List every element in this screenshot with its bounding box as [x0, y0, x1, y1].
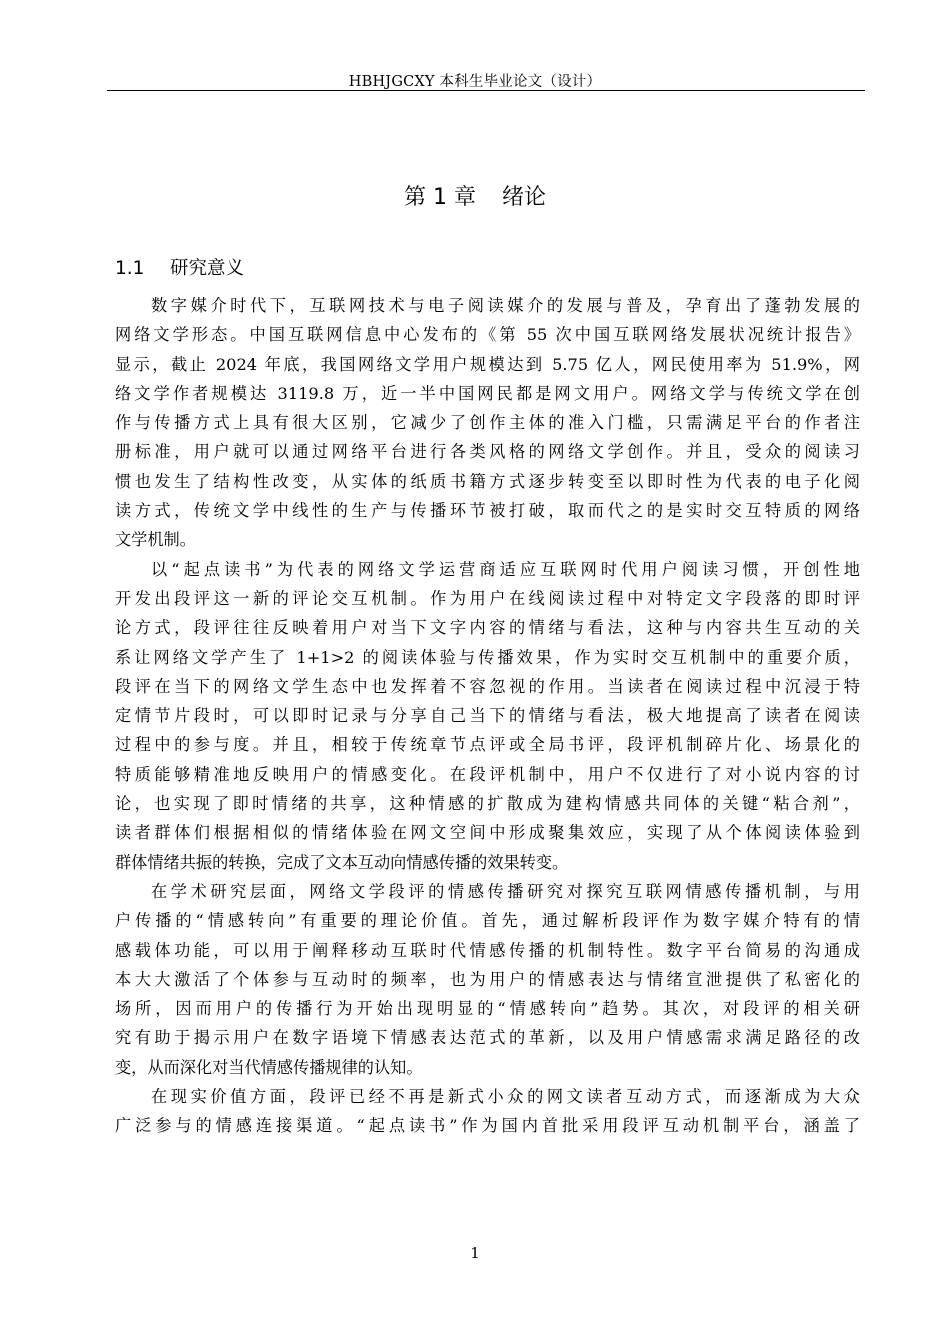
paragraph-line: 开发出段评这一新的评论交互机制。作为用户在线阅读过程中对特定文字段落的即时评	[115, 584, 860, 613]
paragraph-line: 作与传播方式上具有很大区别，它减少了创作主体的准入门槛，只需满足平台的作者注	[115, 408, 860, 437]
paragraph-line: 户传播的“情感转向”有重要的理论价值。首先，通过解析段评作为数字媒介特有的情	[115, 906, 860, 935]
paragraph-line: 本大大激活了个体参与互动时的频率，也为用户的情感表达与情绪宣泄提供了私密化的	[115, 965, 860, 994]
paragraph-line: 在学术研究层面，网络文学段评的情感传播研究对探究互联网情感传播机制，与用	[115, 877, 860, 906]
running-header: HBHJGCXY 本科生毕业论文（设计）	[0, 70, 950, 91]
paragraph-line: 络文学作者规模达 3119.8 万，近一半中国网民都是网文用户。网络文学与传统文…	[115, 379, 860, 408]
paragraph-line: 特质能够精准地反映用户的情感变化。在段评机制中，用户不仅进行了对小说内容的讨	[115, 760, 860, 789]
section-number: 1.1	[115, 258, 170, 279]
paragraph-line: 以“起点读书”为代表的网络文学运营商适应互联网时代用户阅读习惯，开创性地	[115, 555, 860, 584]
paragraph-line: 定情节片段时，可以即时记录与分享自己当下的情绪与看法，极大地提高了读者在阅读	[115, 701, 860, 730]
chapter-title: 第 1 章绪论	[0, 180, 950, 211]
paragraph-line: 系让网络文学产生了 1+1>2 的阅读体验与传播效果，作为实时交互机制中的重要介…	[115, 643, 860, 672]
paragraph-line: 变，从而深化对当代情感传播规律的认知。	[115, 1053, 860, 1082]
paragraph-line: 段评在当下的网络文学生态中也发挥着不容忽视的作用。当读者在阅读过程中沉浸于特	[115, 672, 860, 701]
chapter-number: 第 1 章	[404, 185, 476, 210]
section-name: 研究意义	[170, 258, 244, 279]
paragraph-line: 惯也发生了结构性改变，从实体的纸质书籍方式逐步转变至以即时性为代表的电子化阅	[115, 467, 860, 496]
paragraph-line: 读方式，传统文学中线性的生产与传播环节被打破，取而代之的是实时交互特质的网络	[115, 496, 860, 525]
body-text: 数字媒介时代下，互联网技术与电子阅读媒介的发展与普及，孕育出了蓬勃发展的 网络文…	[115, 291, 860, 1141]
paragraph-line: 册标准，用户就可以通过网络平台进行各类风格的网络文学创作。并且，受众的阅读习	[115, 437, 860, 466]
paragraph-line: 场所，因而用户的传播行为开始出现明显的“情感转向”趋势。其次，对段评的相关研	[115, 994, 860, 1023]
paragraph-line: 在现实价值方面，段评已经不再是新式小众的网文读者互动方式，而逐渐成为大众	[115, 1082, 860, 1111]
paragraph-line: 显示，截止 2024 年底，我国网络文学用户规模达到 5.75 亿人，网民使用率…	[115, 350, 860, 379]
paragraph-line: 过程中的参与度。并且，相较于传统章节点评或全局书评，段评机制碎片化、场景化的	[115, 730, 860, 759]
paragraph-line: 读者群体们根据相似的情绪体验在网文空间中形成聚集效应，实现了从个体阅读体验到	[115, 818, 860, 847]
paragraph-line: 数字媒介时代下，互联网技术与电子阅读媒介的发展与普及，孕育出了蓬勃发展的	[115, 291, 860, 320]
chapter-name: 绪论	[502, 185, 546, 210]
paragraph-line: 究有助于揭示用户在数字语境下情感表达范式的革新，以及用户情感需求满足路径的改	[115, 1023, 860, 1052]
section-heading: 1.1研究意义	[115, 254, 244, 280]
paragraph-line: 论，也实现了即时情绪的共享，这种情感的扩散成为建构情感共同体的关键“粘合剂”，	[115, 789, 860, 818]
paragraph-line: 感载体功能，可以用于阐释移动互联时代情感传播的机制特性。数字平台简易的沟通成	[115, 936, 860, 965]
paragraph-line: 文学机制。	[115, 525, 860, 554]
paragraph-line: 网络文学形态。中国互联网信息中心发布的《第 55 次中国互联网络发展状况统计报告…	[115, 320, 860, 349]
page-number: 1	[0, 1244, 950, 1262]
paragraph-line: 广泛参与的情感连接渠道。“起点读书”作为国内首批采用段评互动机制平台，涵盖了	[115, 1111, 860, 1140]
paragraph-line: 群体情绪共振的转换，完成了文本互动向情感传播的效果转变。	[115, 848, 860, 877]
paragraph-line: 论方式，段评往往反映着用户对当下文字内容的情绪与看法，这种与内容共生互动的关	[115, 613, 860, 642]
header-divider	[107, 90, 865, 91]
